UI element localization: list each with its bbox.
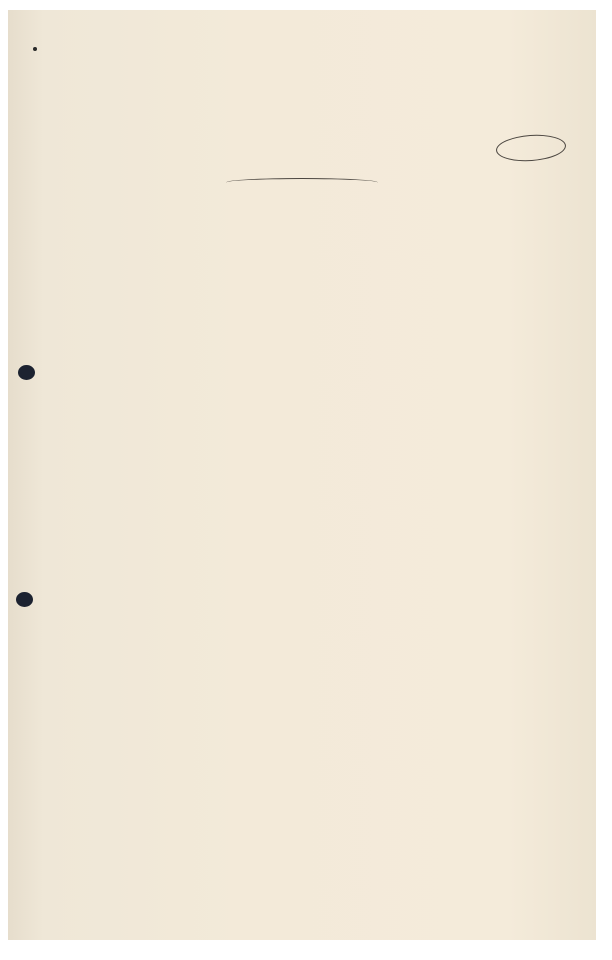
punch-hole-bottom: [16, 592, 33, 607]
handwritten-line: [226, 178, 378, 187]
handwritten-circle: [495, 133, 567, 164]
document-page: [8, 10, 596, 940]
ink-speck: [33, 47, 37, 51]
punch-hole-top: [18, 365, 35, 380]
